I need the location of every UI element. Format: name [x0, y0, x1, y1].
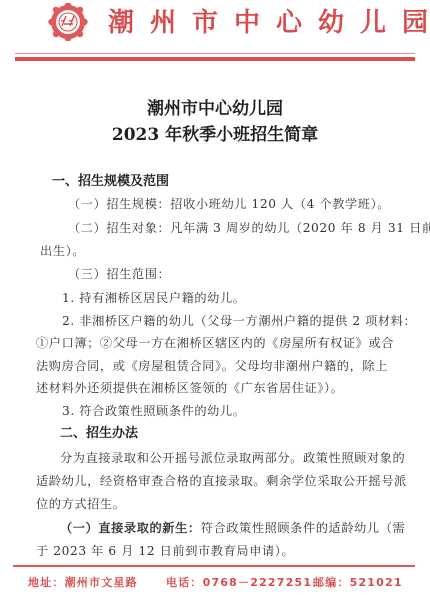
paragraph: （三）招生范围：	[68, 266, 170, 282]
document-subtitle: 2023 年秋季小班招生简章	[0, 124, 430, 146]
paragraph: 适龄幼儿，经资格审查合格的直接录取。剩余学位采取公开摇号派	[36, 473, 407, 489]
header-divider-thick	[15, 57, 415, 61]
section-heading: 一、招生规模及范围	[52, 174, 169, 190]
footer-postcode: 邮编：521021	[313, 575, 403, 591]
subsection-line: （一）直接录取的新生：符合政策性照顾条件的适龄幼儿（需	[60, 520, 405, 536]
list-item: 3. 符合政策性照顾条件的幼儿。	[62, 403, 246, 419]
org-name: 潮州市中心幼儿园	[108, 8, 430, 38]
footer-phone: 电话：0768－2227251	[166, 575, 312, 591]
subsection-label: （一）直接录取的新生：	[60, 521, 201, 535]
paragraph: （一）招生规模：招收小班幼儿 120 人（4 个教学班）。	[68, 196, 390, 212]
document-title: 潮州市中心幼儿园	[0, 98, 430, 120]
paragraph: ①户口簿；②父母一方在湘桥区辖区内的《房屋所有权证》或合	[36, 335, 394, 351]
paragraph: 于 2023 年 6 月 12 日前到市教育局申请）。	[36, 543, 294, 559]
footer-address: 地址：潮州市文星路	[28, 575, 138, 591]
paragraph: 出生）。	[40, 243, 85, 259]
section-heading: 二、招生办法	[60, 426, 138, 442]
list-item: 1. 持有湘桥区居民户籍的幼儿。	[62, 290, 246, 306]
paragraph: 分为直接录取和公开摇号派位录取两部分。政策性照顾对象的	[60, 450, 405, 466]
header-divider-thin	[15, 53, 415, 54]
footer-divider	[13, 565, 415, 567]
paragraph: 法购房合同，或《房屋租赁合同》。父母均非潮州户籍的，除上	[36, 358, 388, 374]
footer: 地址：潮州市文星路 电话：0768－2227251 邮编：521021	[0, 575, 430, 591]
paragraph: （二）招生对象：凡年满 3 周岁的幼儿（2020 年 8 月 31 日前	[68, 220, 430, 236]
letterhead: 潮州市中心幼儿园	[0, 0, 430, 64]
subsection-text: 符合政策性照顾条件的适龄幼儿（需	[201, 521, 406, 535]
list-item: 2. 非湘桥区户籍的幼儿（父母一方潮州户籍的提供 2 项材料：	[62, 313, 416, 329]
paragraph: 述材料外还须提供在湘桥区签领的《广东省居住证》）。	[36, 380, 344, 396]
paragraph: 位的方式招生。	[36, 496, 126, 512]
kindergarten-emblem-icon	[47, 3, 89, 41]
